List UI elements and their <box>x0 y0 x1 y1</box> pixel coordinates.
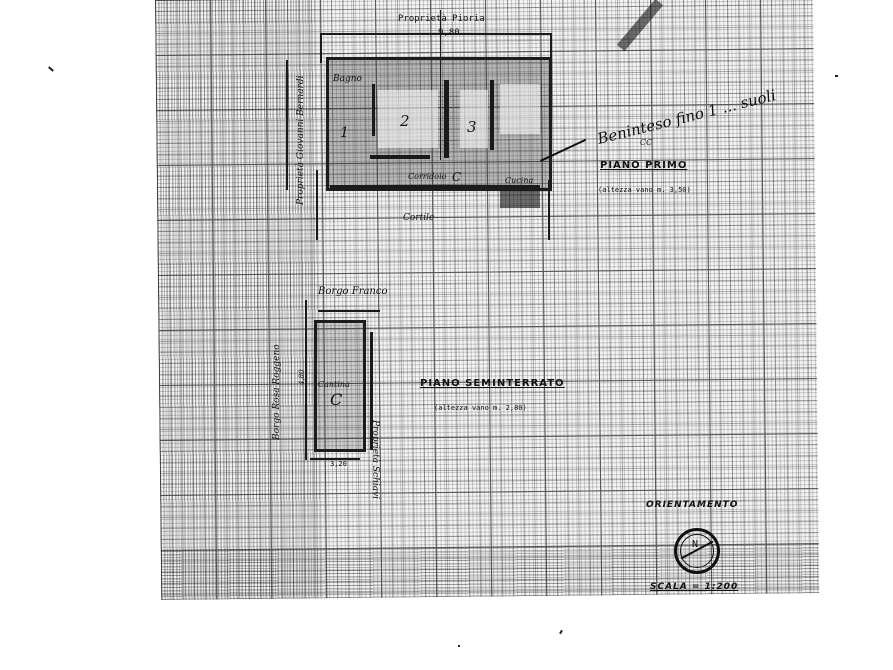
wall <box>490 80 494 150</box>
room-letter-3: 3 <box>467 118 477 136</box>
orientation-label: ORIENTAMENTO <box>646 500 738 510</box>
scan-mark <box>559 630 563 634</box>
courtyard-label: Cortile <box>403 213 434 223</box>
floor-title-piano-primo: PIANO PRIMO <box>600 160 687 171</box>
left-neighbor-label: Borgo Rosa Roggeno <box>272 344 282 440</box>
room-letter-c: C <box>452 170 461 184</box>
room-letter-1: 1 <box>340 125 349 141</box>
neighbor-label: Proprietà Pioria <box>398 14 485 24</box>
wall <box>370 155 430 159</box>
wall <box>330 185 540 188</box>
stair-area <box>500 84 540 134</box>
floor-subtitle-piano-primo: (altezza vano m. 3,50) <box>598 186 691 194</box>
wall <box>444 80 449 158</box>
scan-mark <box>458 645 460 647</box>
room-label-cantina: Cantina <box>318 380 350 389</box>
wall <box>372 84 375 136</box>
room-letter-c: C <box>330 390 342 409</box>
floor-subtitle-seminterrato: (altezza vano m. 2,80) <box>434 404 527 412</box>
right-neighbor-label: Proprietà Schiavi <box>370 420 380 499</box>
axis-line <box>548 180 550 240</box>
side-neighbor-label: Proprietà Giovanni Bernardi <box>296 75 306 205</box>
axis-line <box>316 170 318 240</box>
compass-north-letter: N <box>692 539 698 550</box>
compass-icon: N <box>674 528 720 574</box>
floor-title-seminterrato: PIANO SEMINTERRATO <box>420 378 565 389</box>
wall <box>320 33 322 63</box>
axis-line <box>286 60 288 190</box>
scale-label: SCALA = 1:200 <box>650 582 738 592</box>
stair-landing <box>500 190 540 208</box>
room-letter-2: 2 <box>400 112 410 130</box>
annotation-small: CC <box>640 138 652 147</box>
neighbor-top-label: Borgo Franco <box>318 286 388 297</box>
dimension-label: 9,80 <box>438 28 460 38</box>
room-label-cucina: Cucina <box>505 176 533 185</box>
dimension-side: 4,80 <box>298 369 306 385</box>
property-line <box>318 310 380 312</box>
scan-mark <box>835 75 838 77</box>
scan-mark <box>48 66 54 71</box>
room-label-corridoio: Corridoio <box>408 172 446 181</box>
property-line <box>320 33 552 35</box>
dimension-bottom: 3,20 <box>330 460 347 468</box>
room-label-bagno: Bagno <box>333 74 362 84</box>
